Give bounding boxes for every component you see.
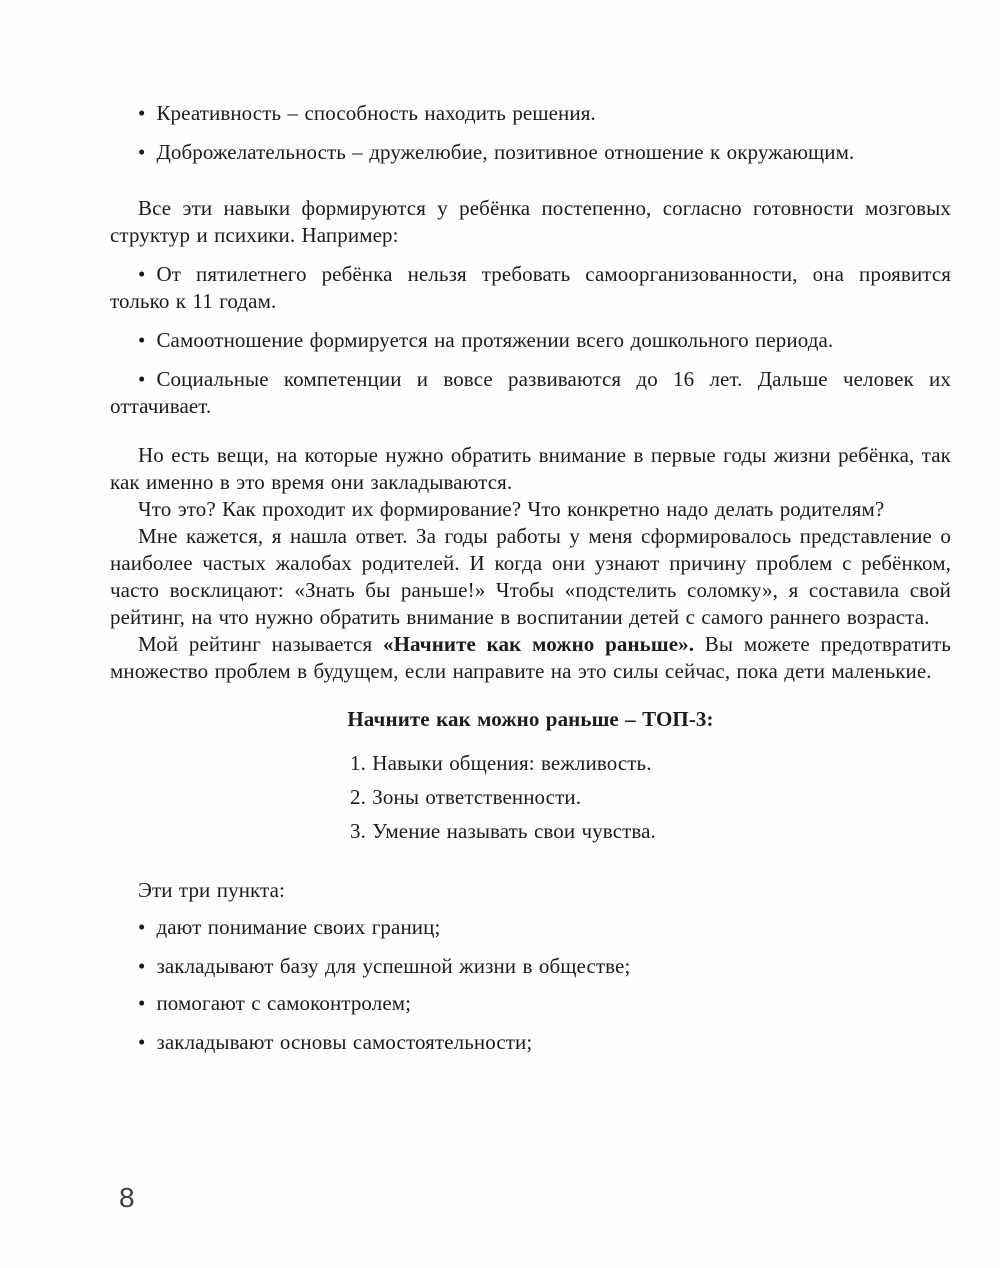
bullet-icon: • [138,367,145,391]
page-number: 8 [119,1184,135,1212]
list-item-text: помогают с самоконтролем; [156,991,411,1015]
bullet-icon: • [138,915,145,939]
list-item-text: Самоотношение формируется на протяжении … [156,328,833,352]
rating-title-bold: «Начните как можно раньше». [383,632,694,656]
bullet-icon: • [138,328,145,352]
three-points-intro: Эти три пункта: [110,877,951,904]
rating-text-before: Мой рейтинг называется [138,632,383,656]
list-item-text: закладывают базу для успешной жизни в об… [156,954,630,978]
paragraph-skills-intro: Все эти навыки формируются у ребёнка пос… [110,195,951,249]
list-item-text: дают понимание своих границ; [156,915,440,939]
list-item: •Креативность – способность находить реш… [110,100,951,127]
paragraph-rating: Мой рейтинг называется «Начните как можн… [110,631,951,685]
list-item: •дают понимание своих границ; [110,914,951,941]
bullet-icon: • [138,101,145,125]
list-item: •От пятилетнего ребёнка нельзя требовать… [110,261,951,315]
list-item-text: Доброжелательность – дружелюбие, позитив… [156,140,854,164]
bullet-icon: • [138,991,145,1015]
top3-item: 1. Навыки общения: вежливость. [350,750,951,777]
list-item: •помогают с самоконтролем; [110,990,951,1017]
list-item: •Социальные компетенции и вовсе развиваю… [110,366,951,420]
list-item: •закладывают базу для успешной жизни в о… [110,953,951,980]
page-content: •Креативность – способность находить реш… [110,100,951,1056]
bullet-icon: • [138,1030,145,1054]
list-item-text: От пятилетнего ребёнка нельзя требовать … [110,262,951,313]
paragraph: Мне кажется, я нашла ответ. За годы рабо… [110,523,951,631]
top3-item: 2. Зоны ответственности. [350,784,951,811]
list-item-text: Социальные компетенции и вовсе развивают… [110,367,951,418]
list-item: •Самоотношение формируется на протяжении… [110,327,951,354]
top3-heading: Начните как можно раньше – ТОП-3: [110,706,951,733]
list-item-text: Креативность – способность находить реше… [156,101,595,125]
bullet-icon: • [138,954,145,978]
list-item: •закладывают основы самостоятельности; [110,1029,951,1056]
bullet-icon: • [138,140,145,164]
bullet-icon: • [138,262,145,286]
paragraph: Но есть вещи, на которые нужно обратить … [110,442,951,496]
top3-item: 3. Умение называть свои чувства. [350,818,951,845]
paragraph: Что это? Как проходит их формирование? Ч… [110,496,951,523]
book-page: •Креативность – способность находить реш… [0,0,1000,1268]
list-item: •Доброжелательность – дружелюбие, позити… [110,139,951,166]
list-item-text: закладывают основы самостоятельности; [156,1030,532,1054]
